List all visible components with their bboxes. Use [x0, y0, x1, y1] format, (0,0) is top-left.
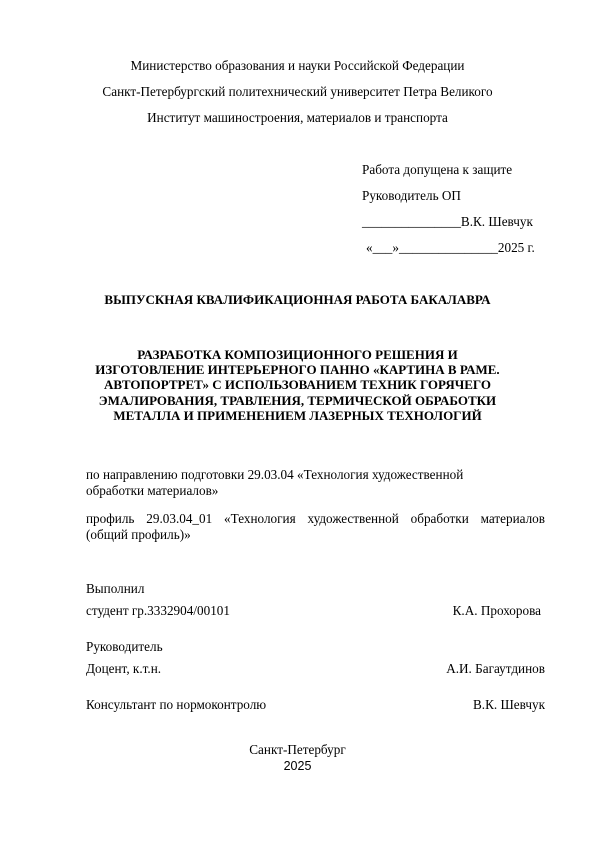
work-type-heading: ВЫПУСКНАЯ КВАЛИФИКАЦИОННАЯ РАБОТА БАКАЛА…	[0, 292, 595, 308]
institute-line: Институт машиностроения, материалов и тр…	[0, 110, 595, 126]
supervisor-label: Руководитель	[86, 639, 163, 655]
study-direction: по направлению подготовки 29.03.04 «Техн…	[86, 467, 506, 499]
supervisor-row: Доцент, к.т.н. А.И. Багаутдинов	[86, 661, 545, 677]
thesis-title-line: МЕТАЛЛА И ПРИМЕНЕНИЕМ ЛАЗЕРНЫХ ТЕХНОЛОГИ…	[0, 408, 595, 424]
head-signature-line: _______________В.К. Шевчук	[362, 214, 533, 230]
thesis-title-line: РАЗРАБОТКА КОМПОЗИЦИОННОГО РЕШЕНИЯ И	[0, 347, 595, 363]
consultant-row: Консультант по нормоконтролю В.К. Шевчук	[86, 697, 545, 713]
study-profile: профиль 29.03.04_01 «Технология художест…	[86, 511, 545, 543]
ministry-line: Министерство образования и науки Российс…	[0, 58, 595, 74]
supervisor-role: Доцент, к.т.н.	[86, 661, 161, 677]
thesis-title-line: АВТОПОРТРЕТ» С ИСПОЛЬЗОВАНИЕМ ТЕХНИК ГОР…	[0, 377, 595, 393]
footer-city: Санкт-Петербург	[0, 742, 595, 758]
consultant-role: Консультант по нормоконтролю	[86, 697, 266, 713]
university-line: Санкт-Петербургский политехнический унив…	[0, 84, 595, 100]
consultant-name: В.К. Шевчук	[473, 697, 545, 713]
thesis-title-line: ЭМАЛИРОВАНИЯ, ТРАВЛЕНИЯ, ТЕРМИЧЕСКОЙ ОБР…	[0, 393, 595, 409]
admitted-text: Работа допущена к защите	[362, 162, 512, 178]
approval-date-line: «___»_______________2025 г.	[366, 240, 535, 256]
performer-row: студент гр.3332904/00101 К.А. Прохорова	[86, 603, 545, 619]
thesis-title-line: ИЗГОТОВЛЕНИЕ ИНТЕРЬЕРНОГО ПАННО «КАРТИНА…	[0, 362, 595, 378]
performer-label: Выполнил	[86, 581, 144, 597]
head-label: Руководитель ОП	[362, 188, 461, 204]
footer-year: 2025	[0, 759, 595, 773]
performer-role: студент гр.3332904/00101	[86, 603, 230, 619]
supervisor-name: А.И. Багаутдинов	[446, 661, 545, 677]
performer-name: К.А. Прохорова	[453, 603, 545, 619]
